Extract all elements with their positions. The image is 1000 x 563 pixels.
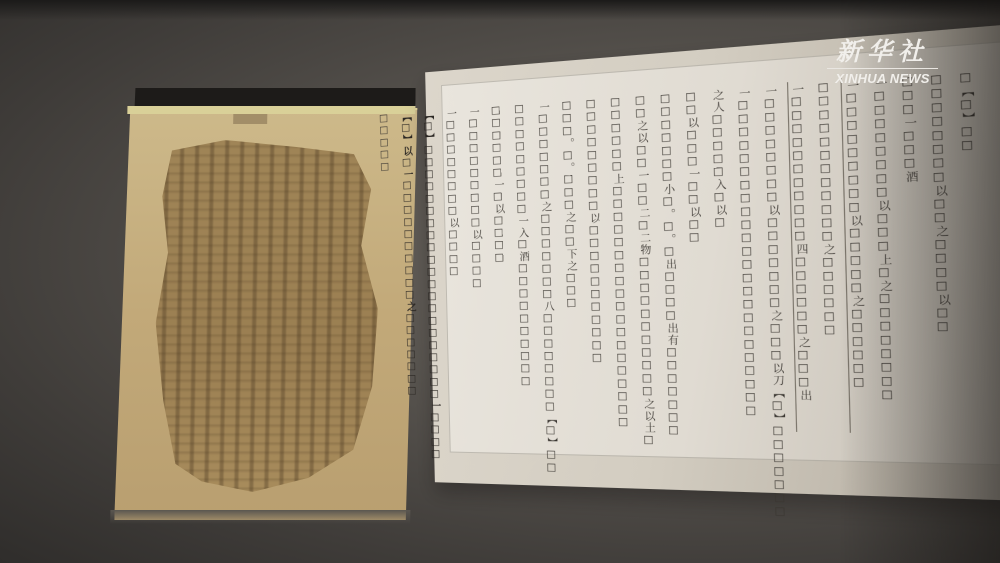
text-column: □□□□□□□□□□□□之□□□□□□ — [815, 81, 841, 521]
text-column: 【□】以□一□□□□□□□□□□之□□□□□□□ — [399, 111, 420, 505]
text-column: □□之以□□一□□二□二物□□□□□□□□□□□之以土□ — [633, 95, 657, 515]
text-column: 一□□□□□□□□□□□□□□□□□□□□□□□□ — [735, 87, 760, 518]
text-column: 之人□□□□□入□以□ — [709, 89, 734, 517]
mat-lip-highlight — [127, 106, 415, 114]
text-column: □□□□□□□小□。□。□出□□□□出有□□□□□□□ — [658, 93, 682, 516]
watermark-divider — [827, 68, 938, 69]
text-column: □□□□□□□□□以□□□□□□□□□□□ — [584, 98, 607, 512]
text-column: 一□□□□□□□□□□□四□□□□□□之□□□出 — [788, 83, 814, 520]
xinhua-watermark: 新华社 XINHUA NEWS — [825, 38, 940, 86]
watermark-chinese: 新华社 — [825, 38, 940, 66]
watermark-english: XINHUA NEWS — [825, 71, 940, 86]
ancient-manuscript — [153, 140, 381, 492]
text-column: 【□】□□□□□□□□□□□□□□□□□□□□□一□□□□ — [421, 110, 442, 506]
text-column: 一□□□□□□□之□□□□□□□八□□□□□□□□【□】□□ — [536, 102, 558, 511]
text-column: □□以□□□一□□以□□ — [683, 91, 707, 516]
text-column: 一□□□□□□□□以□□□□ — [444, 108, 465, 507]
museum-exhibit-photo: □【□】□□ □□□□□□□□以□□之□□□□以□□ □□□一□□□酒 一□□□… — [0, 0, 1000, 563]
text-column: 一□□□□□□□□以□□□□□□□之□□□以刀【□】□□□□□□□ — [761, 85, 786, 519]
text-column: □□□□□□一□以□□□□ — [489, 105, 511, 509]
text-column: 一□□□□□□□□□以□□□□ — [466, 107, 488, 508]
case-shadow — [110, 510, 410, 524]
text-column: □□□□□□□□□一入□酒□□□□□□□□□□ — [512, 103, 534, 509]
text-column: □□□。□。□□□之□□下之□□□ — [560, 100, 583, 512]
text-column: □□□□□□上□□□□□□□□□□□□□□□□□□□ — [608, 96, 631, 513]
manuscript-label — [233, 114, 267, 124]
